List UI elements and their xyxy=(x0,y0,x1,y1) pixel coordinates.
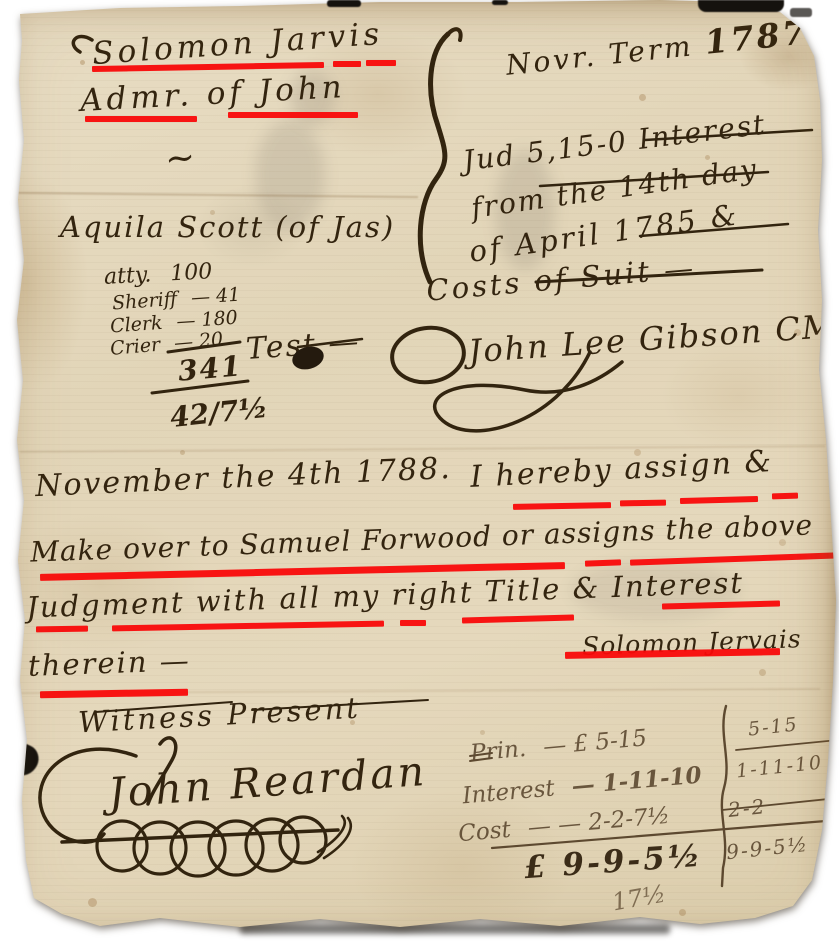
costs-of-suit: Costs of Suit — xyxy=(425,250,697,307)
account-label: Cost xyxy=(457,817,512,847)
edge-artifact xyxy=(790,8,812,17)
fee-subtotal: 341 xyxy=(177,349,244,387)
manuscript-photo: Solomon Jarvis Admr. of John ~ Novr. Ter… xyxy=(0,0,839,942)
paper-crease xyxy=(18,192,418,198)
fee-converted-total: 42/7½ xyxy=(169,391,270,434)
paper-wrapper: Solomon Jarvis Admr. of John ~ Novr. Ter… xyxy=(0,0,839,942)
account-label: Interest xyxy=(461,775,555,809)
ink-blot xyxy=(3,739,44,781)
red-underline xyxy=(40,689,188,699)
assignment-date: November the 4th 1788. xyxy=(34,451,452,504)
red-underline xyxy=(680,496,758,504)
edge-artifact xyxy=(698,0,784,12)
account-value: — 1-11-10 xyxy=(571,762,703,800)
defendant-name: Aquila Scott (of Jas) xyxy=(60,210,395,244)
red-underline xyxy=(772,493,798,500)
paper-sheet: Solomon Jarvis Admr. of John ~ Novr. Ter… xyxy=(0,0,839,942)
red-underline xyxy=(462,615,574,624)
red-underline xyxy=(630,552,838,565)
red-underline xyxy=(400,620,426,626)
account-value: — — 2-2-7½ xyxy=(527,803,671,841)
fee-label: atty. xyxy=(103,262,152,289)
court-term-year: 1787 xyxy=(703,12,810,62)
witness-label: Witness Present xyxy=(77,691,361,740)
account-total: £ 9-9-5½ xyxy=(523,838,704,886)
red-underline xyxy=(333,61,361,67)
test-label: Test — xyxy=(245,324,362,367)
witness-signature: John Reardan xyxy=(107,747,429,817)
assignment-line1-right: I hereby assign & xyxy=(469,444,774,495)
account-col2-cost: 2-2 xyxy=(727,794,768,822)
account-col2-principal: 5-15 xyxy=(747,713,800,740)
corner-note: 17½ xyxy=(610,880,668,917)
court-term-label: Novr. Term xyxy=(504,29,695,82)
account-label: Prin. xyxy=(469,736,527,767)
edge-artifact xyxy=(327,0,361,7)
edge-artifact xyxy=(492,0,508,5)
fee-value: — 41 xyxy=(190,284,241,309)
red-underline xyxy=(513,502,611,510)
clerk-signature: John Lee Gibson CM — xyxy=(467,304,839,371)
versus-squiggle: ~ xyxy=(163,137,197,181)
account-col2-interest: 1-11-10 xyxy=(735,751,824,782)
account-col2-total: 9-9-5½ xyxy=(725,832,810,865)
fee-row-attorney: atty. 100 xyxy=(103,259,212,290)
fee-label: Crier xyxy=(109,334,161,360)
red-underline xyxy=(585,559,621,566)
red-underline xyxy=(112,621,384,632)
red-underline xyxy=(366,60,396,66)
account-row-principal: Prin. — £ 5-15 xyxy=(469,725,648,766)
account-row-cost: Cost — — 2-2-7½ xyxy=(457,803,671,847)
assignment-line4: therein — xyxy=(27,643,191,683)
red-underline xyxy=(228,112,358,118)
red-underline xyxy=(620,500,666,507)
fee-value: 100 xyxy=(170,259,213,286)
account-value: — £ 5-15 xyxy=(542,725,648,760)
court-term: Novr. Term 1787 xyxy=(504,12,810,83)
foxing-spots xyxy=(80,60,85,65)
red-underline xyxy=(36,626,88,633)
red-underline xyxy=(85,116,197,122)
